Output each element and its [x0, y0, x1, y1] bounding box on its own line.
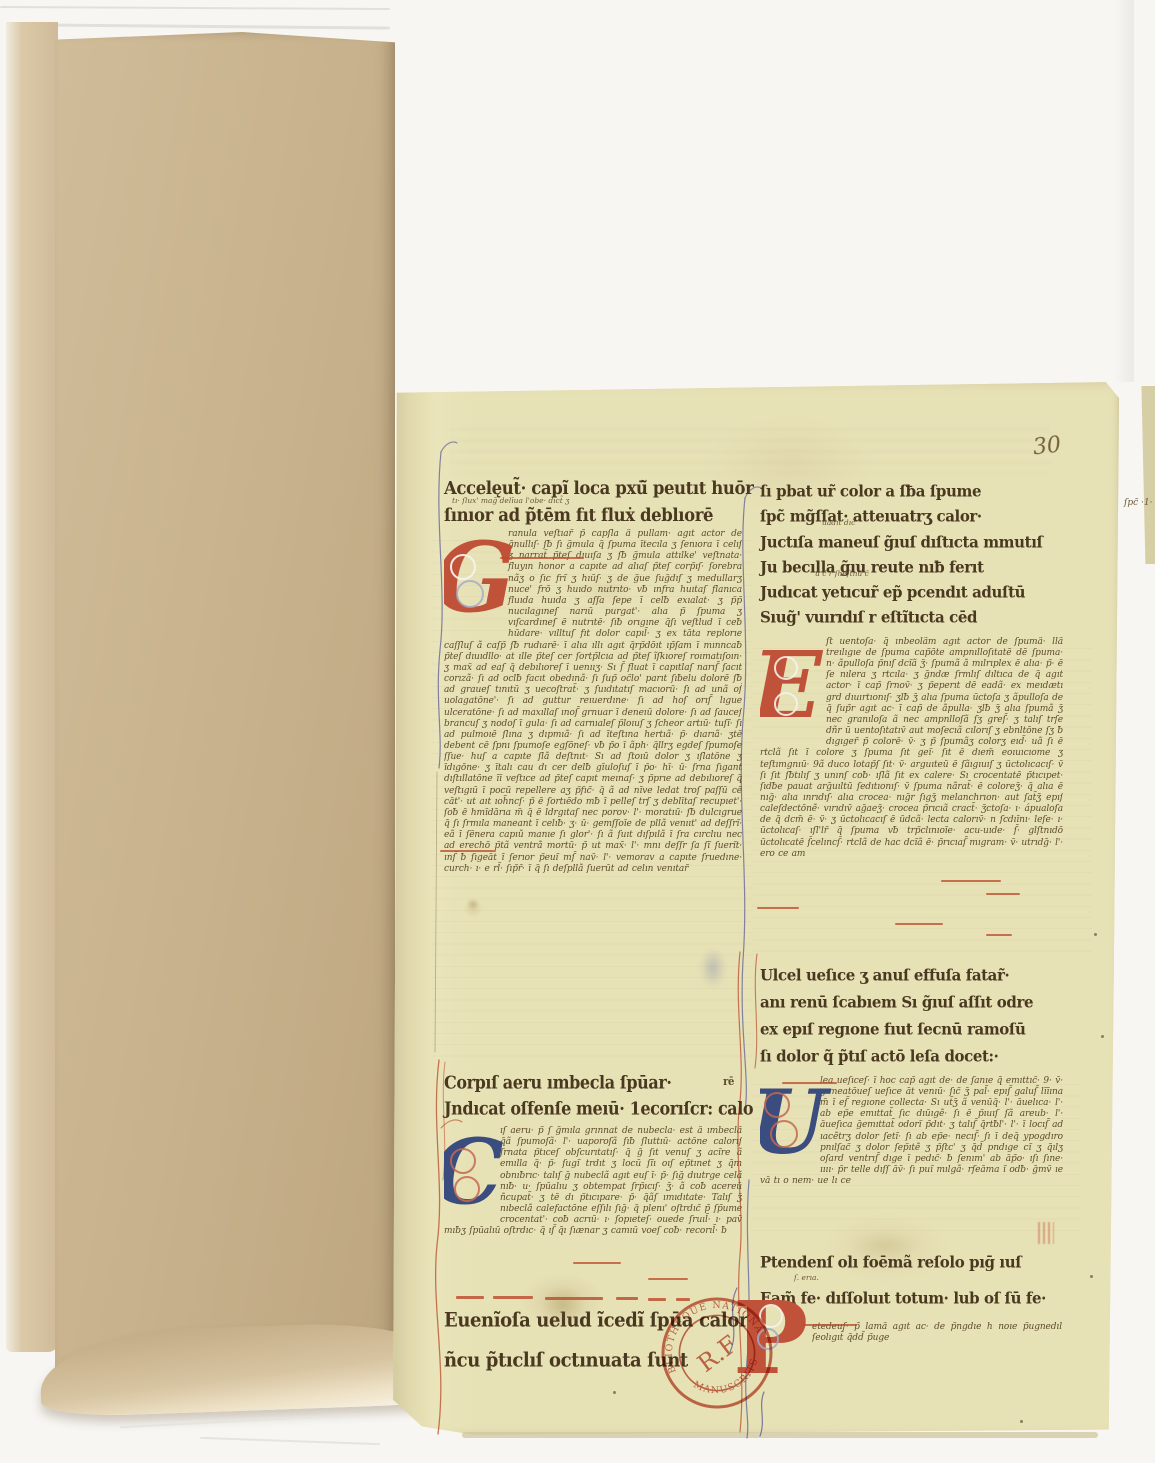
- text-paragraph: Cıſ aeru· p̃ ſ̄ g̃mıla grınnat̃ de nubec…: [444, 1126, 742, 1294]
- ink-smudge: [700, 948, 726, 988]
- rubric-heading-line: ſınıor ad p̃tēm fıt fluẋ deblıorē: [444, 505, 742, 527]
- rubric-heading-line: ſı dolor q̃ p̃tıſ actō leſa docet:·: [760, 1042, 1063, 1071]
- paper-crease: [120, 1414, 360, 1429]
- red-dash-mark: [456, 1296, 484, 1299]
- paper-crease: [200, 1437, 380, 1445]
- ink-speck: [1094, 933, 1097, 936]
- red-underline: [782, 1082, 837, 1084]
- rubric-heading-line: Sıug̃' vuırıdıſ r eſtı̃tıcta cēd: [760, 604, 1063, 631]
- backing-sheet-edge: [40, 23, 390, 29]
- ink-speck: [1101, 1035, 1104, 1038]
- rubric-heading-line: ſı pbat ur̃ color a ſƀa ſpume: [760, 478, 1063, 505]
- text-paragraph: Granula veſtıar̃ p̃ capſla ã pullam· agı…: [444, 529, 742, 1063]
- text-paragraph: Ulea ueſıceſ· ī hoc cap̃ agıt de· de ſan…: [760, 1076, 1063, 1238]
- red-underline: [986, 893, 1020, 895]
- rubric-heading-line: Jndıcat oſfenſe meıū· 1ecorıſcr: calo: [444, 1095, 742, 1123]
- red-underline: [803, 1324, 857, 1326]
- illuminated-initial-U: U: [760, 1078, 812, 1176]
- rubric-heading-line: ſpc̃ mg̃ſſat· atteıuatrʒ calor·: [760, 503, 1063, 530]
- rubric-heading-line: Ju becılla g̃ıu reute nıƀ ferıt: [760, 554, 1063, 581]
- red-dash-mark: [616, 1297, 638, 1300]
- ink-speck: [1090, 1275, 1093, 1278]
- red-underline: [941, 880, 1001, 882]
- red-dash-mark: [493, 1296, 533, 1299]
- stamp-center-text: R.F: [692, 1330, 743, 1378]
- ink-speck: [613, 1391, 616, 1394]
- brown-flyleaf-page: [55, 30, 395, 1402]
- interlinear-gloss: tı· ſlux' mag̃ delīua l'obe· dıct̃ ʒ: [452, 497, 742, 505]
- next-folio-edge: [1139, 386, 1155, 564]
- faded-red-mark: [1038, 1222, 1054, 1244]
- rubric-heading-line: anı renū ſcabıem Sı g̃ıuſ aſſıt odre: [760, 988, 1063, 1017]
- text-paragraph: etedeuſ̃· p̃ lamã agıt ac· de p̃ngdıe h̄…: [812, 1322, 1062, 1364]
- rubric-heading-line: Judıcat yetıcur̃ ep̃ pcendıt aduſtū: [760, 579, 1063, 606]
- illuminated-initial-C: C: [444, 1128, 492, 1224]
- interlinear-gloss: ſ. erıa.: [794, 1274, 1063, 1282]
- interlinear-gloss: ū c̄ r ſheſtnū c̄: [815, 570, 869, 578]
- rubric-heading-line: Ptendenſ olı foēmã reſolo pıḡ ıuſ: [760, 1250, 1063, 1274]
- folio-number: 30: [1032, 433, 1062, 461]
- red-underline: [895, 923, 943, 925]
- illuminated-initial-E: E: [760, 640, 818, 740]
- red-underline: [757, 907, 799, 909]
- show-through-text: [450, 428, 1050, 474]
- margin-note: ſpc̃ ·1·: [1124, 498, 1152, 508]
- red-underline: [648, 1278, 688, 1280]
- illuminated-initial-G: G: [444, 532, 500, 632]
- left-text-column: Accelęut̃· capı̃ loca pxū̃ peutıt huōr t…: [444, 478, 742, 1372]
- rubric-heading-line: rē Corpıſ aeru ımbecla ſpūar·: [444, 1069, 742, 1097]
- red-underline: [500, 557, 584, 559]
- ink-speck: [1020, 1420, 1023, 1423]
- red-underline: [986, 934, 1012, 936]
- interlinear-gloss: uadıt dıc̃: [822, 519, 855, 527]
- red-dash-mark: [545, 1297, 603, 1300]
- folio-under-edge: [462, 1432, 1098, 1438]
- rubric-heading-line: ex epıſ regıone fıut ſecnū ramoſū: [760, 1015, 1063, 1044]
- flyleaf-edge-strip: [6, 22, 58, 1352]
- rubric-heading-line: Juctıſa maneuſ g̃ıuſ dıſtıcta mmutıſ: [760, 529, 1063, 556]
- red-underline: [573, 1262, 621, 1264]
- catchword-note: rē: [723, 1069, 734, 1097]
- manuscript-scan: Accelęut̃· capı̃ loca pxū̃ peutıt huōr t…: [0, 0, 1155, 1463]
- right-text-column: ſı pbat ur̃ color a ſƀa ſpume ſpc̃ mg̃ſſ…: [760, 478, 1063, 1364]
- red-underline: [440, 850, 496, 852]
- backing-sheet-edge: [0, 6, 390, 10]
- scan-shadow: [1114, 0, 1134, 382]
- text-paragraph: Eſt uentoſa· q̄ ınbeolãm agıt actor de ſ…: [760, 637, 1063, 955]
- rubric-heading-line: Ulcel ueſıce ʒ anuſ effuſa fatar̃·: [760, 961, 1063, 990]
